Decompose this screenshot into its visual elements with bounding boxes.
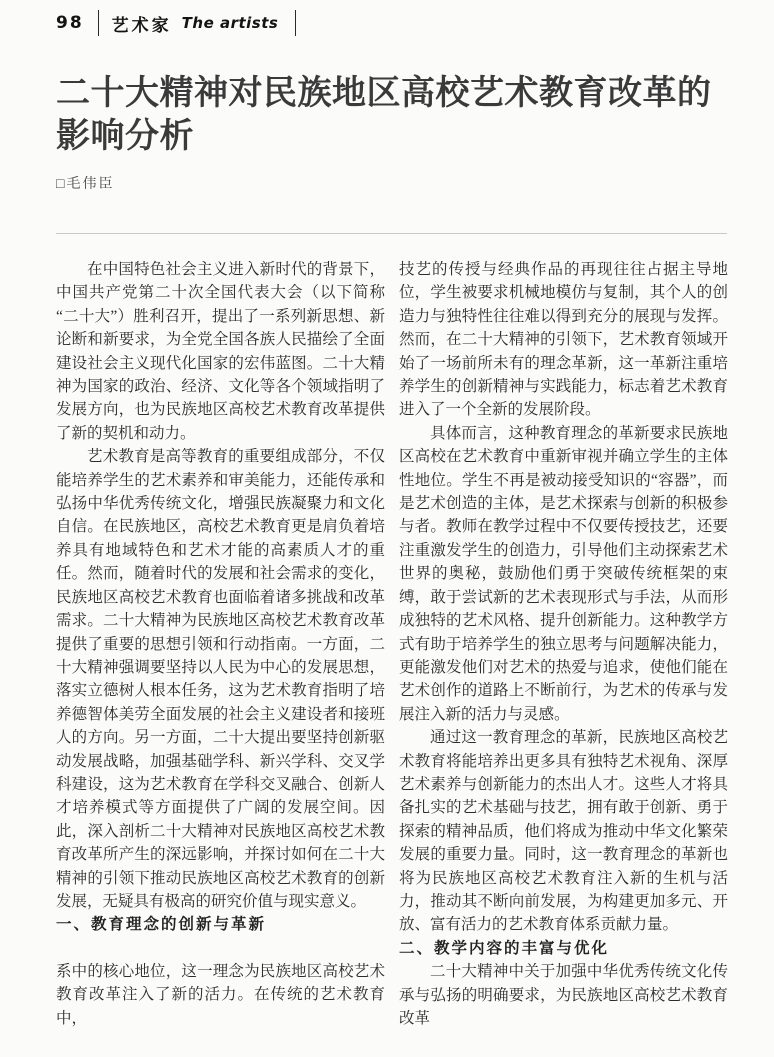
paragraph-continuation: 技艺的传授与经典作品的再现往往占据主导地位，学生被要求机械地模仿与复制，其个人的… bbox=[399, 258, 728, 422]
header-divider-left bbox=[98, 10, 99, 36]
left-column: 在中国特色社会主义进入新时代的背景下，中国共产党第二十次全国代表大会（以下简称“… bbox=[56, 258, 385, 1030]
paragraph: 艺术教育是高等教育的重要组成部分，不仅能培养学生的艺术素养和审美能力，还能传承和… bbox=[56, 445, 385, 913]
paragraph: 通过这一教育理念的革新，民族地区高校艺术教育将能培养出更多具有独特艺术视角、深厚… bbox=[399, 726, 728, 937]
page-header: 98 艺术家 The artists bbox=[56, 8, 728, 38]
journal-page: 98 艺术家 The artists 二十大精神对民族地区高校艺术教育改革的影响… bbox=[0, 0, 774, 1057]
section-heading-2: 二、教学内容的丰富与优化 bbox=[399, 937, 728, 960]
article-title: 二十大精神对民族地区高校艺术教育改革的影响分析 bbox=[56, 72, 718, 158]
page-number: 98 bbox=[56, 13, 84, 33]
paragraph-continuation: 系中的核心地位，这一理念为民族地区高校艺术教育改革注入了新的活力。在传统的艺术教… bbox=[56, 960, 385, 1030]
header-divider-right bbox=[295, 10, 296, 36]
journal-name-cn: 艺术家 bbox=[112, 11, 172, 36]
paragraph: 在中国特色社会主义进入新时代的背景下，中国共产党第二十次全国代表大会（以下简称“… bbox=[56, 258, 385, 445]
article-author: □毛伟臣 bbox=[56, 173, 728, 193]
paragraph: 具体而言，这种教育理念的革新要求民族地区高校在艺术教育中重新审视并确立学生的主体… bbox=[399, 422, 728, 726]
journal-name-en: The artists bbox=[182, 14, 279, 32]
title-body-divider bbox=[56, 233, 727, 234]
paragraph: 二十大精神中关于加强中华优秀传统文化传承与弘扬的明确要求，为民族地区高校艺术教育… bbox=[399, 960, 728, 1030]
article-body: 在中国特色社会主义进入新时代的背景下，中国共产党第二十次全国代表大会（以下简称“… bbox=[56, 258, 728, 1030]
section-heading-1: 一、教育理念的创新与革新 bbox=[56, 913, 385, 936]
right-column: 技艺的传授与经典作品的再现往往占据主导地位，学生被要求机械地模仿与复制，其个人的… bbox=[399, 258, 728, 1030]
